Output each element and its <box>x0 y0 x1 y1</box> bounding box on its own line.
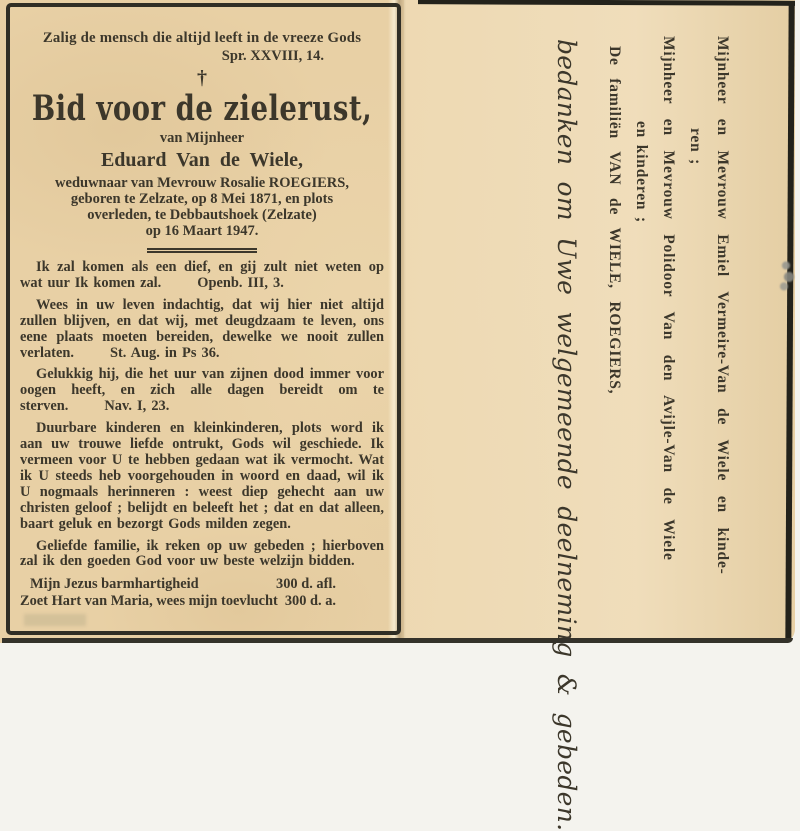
bio-line-died: overleden, te Debbautshoek (Zelzate) <box>20 207 384 223</box>
deceased-name: Eduard Van de Wiele, <box>20 149 384 172</box>
family-line-vermeire: Mijnheer en Mevrouw Emiel Vermeire-Van d… <box>709 36 736 634</box>
scripture-quote-1: Ik zal komen als een dief, en gij zult n… <box>20 260 384 292</box>
indulgence-2-value: 300 d. a. <box>285 593 336 610</box>
epigraph-text: Zalig de mensch die altijd leeft in de v… <box>20 30 384 47</box>
scripture-quote-3: Gelukkig hij, die het uur van zijnen doo… <box>20 367 384 415</box>
family-line-families: De familiën VAN de WIELE, ROEGIERS, <box>601 46 628 634</box>
section-divider <box>147 248 257 253</box>
faint-printthrough-smudge <box>24 614 86 626</box>
acknowledgement-panel: Mijnheer en Mevrouw Emiel Vermeire-Van d… <box>430 0 800 647</box>
card-paper: Zalig de mensch die altijd leeft in de v… <box>0 0 795 643</box>
indulgence-row-1: Mijn Jezus barmhartigheid 300 d. afl. <box>20 576 384 593</box>
scripture-quote-2-reference: St. Aug. in Ps 36. <box>74 345 220 361</box>
bio-line-widower: weduwnaar van Mevrouw Rosalie ROEGIERS, <box>20 175 384 191</box>
indulgence-1-label: Mijn Jezus barmhartigheid <box>30 576 199 593</box>
bio-line-death-date: op 16 Maart 1947. <box>20 223 384 239</box>
scripture-quote-1-reference: Openb. III, 3. <box>161 275 284 291</box>
indulgence-1-value: 300 d. afl. <box>276 576 336 593</box>
scripture-quote-2: Wees in uw leven indachtig, dat wij hier… <box>20 298 384 362</box>
farewell-paragraph-family: Geliefde familie, ik reken op uw gebeden… <box>20 539 384 571</box>
family-line-vermeire-cont: ren ; <box>682 128 709 634</box>
page-title: Bid voor de zielerust, <box>29 90 375 126</box>
scanned-memorial-card: Zalig de mensch die altijd leeft in de v… <box>0 0 800 647</box>
card-bottom-edge <box>2 638 793 643</box>
scripture-quote-3-reference: Nav. I, 23. <box>68 398 169 414</box>
metal-clip-artifact <box>777 256 797 294</box>
prayer-panel: Zalig de mensch die altijd leeft in de v… <box>20 30 384 610</box>
subtitle-van-mijnheer: van Mijnheer <box>20 130 384 147</box>
indulgence-2-label: Zoet Hart van Maria, wees mijn toevlucht <box>20 593 278 610</box>
family-line-avijle: Mijnheer en Mevrouw Polidoor Van den Avi… <box>655 36 682 634</box>
rotated-text-block: Mijnheer en Mevrouw Emiel Vermeire-Van d… <box>435 6 800 634</box>
cross-icon: † <box>20 67 384 89</box>
bio-line-born: geboren te Zelzate, op 8 Mei 1871, en pl… <box>20 191 384 207</box>
thanks-script-line: bedanken om Uwe welgemeende deelneming &… <box>552 39 581 634</box>
family-line-avijle-cont: en kinderen ; <box>628 121 655 634</box>
farewell-paragraph-children: Duurbare kinderen en kleinkinderen, plot… <box>20 421 384 532</box>
indulgence-row-2: Zoet Hart van Maria, wees mijn toevlucht… <box>20 593 384 610</box>
epigraph-reference: Spr. XXVIII, 14. <box>20 48 384 65</box>
